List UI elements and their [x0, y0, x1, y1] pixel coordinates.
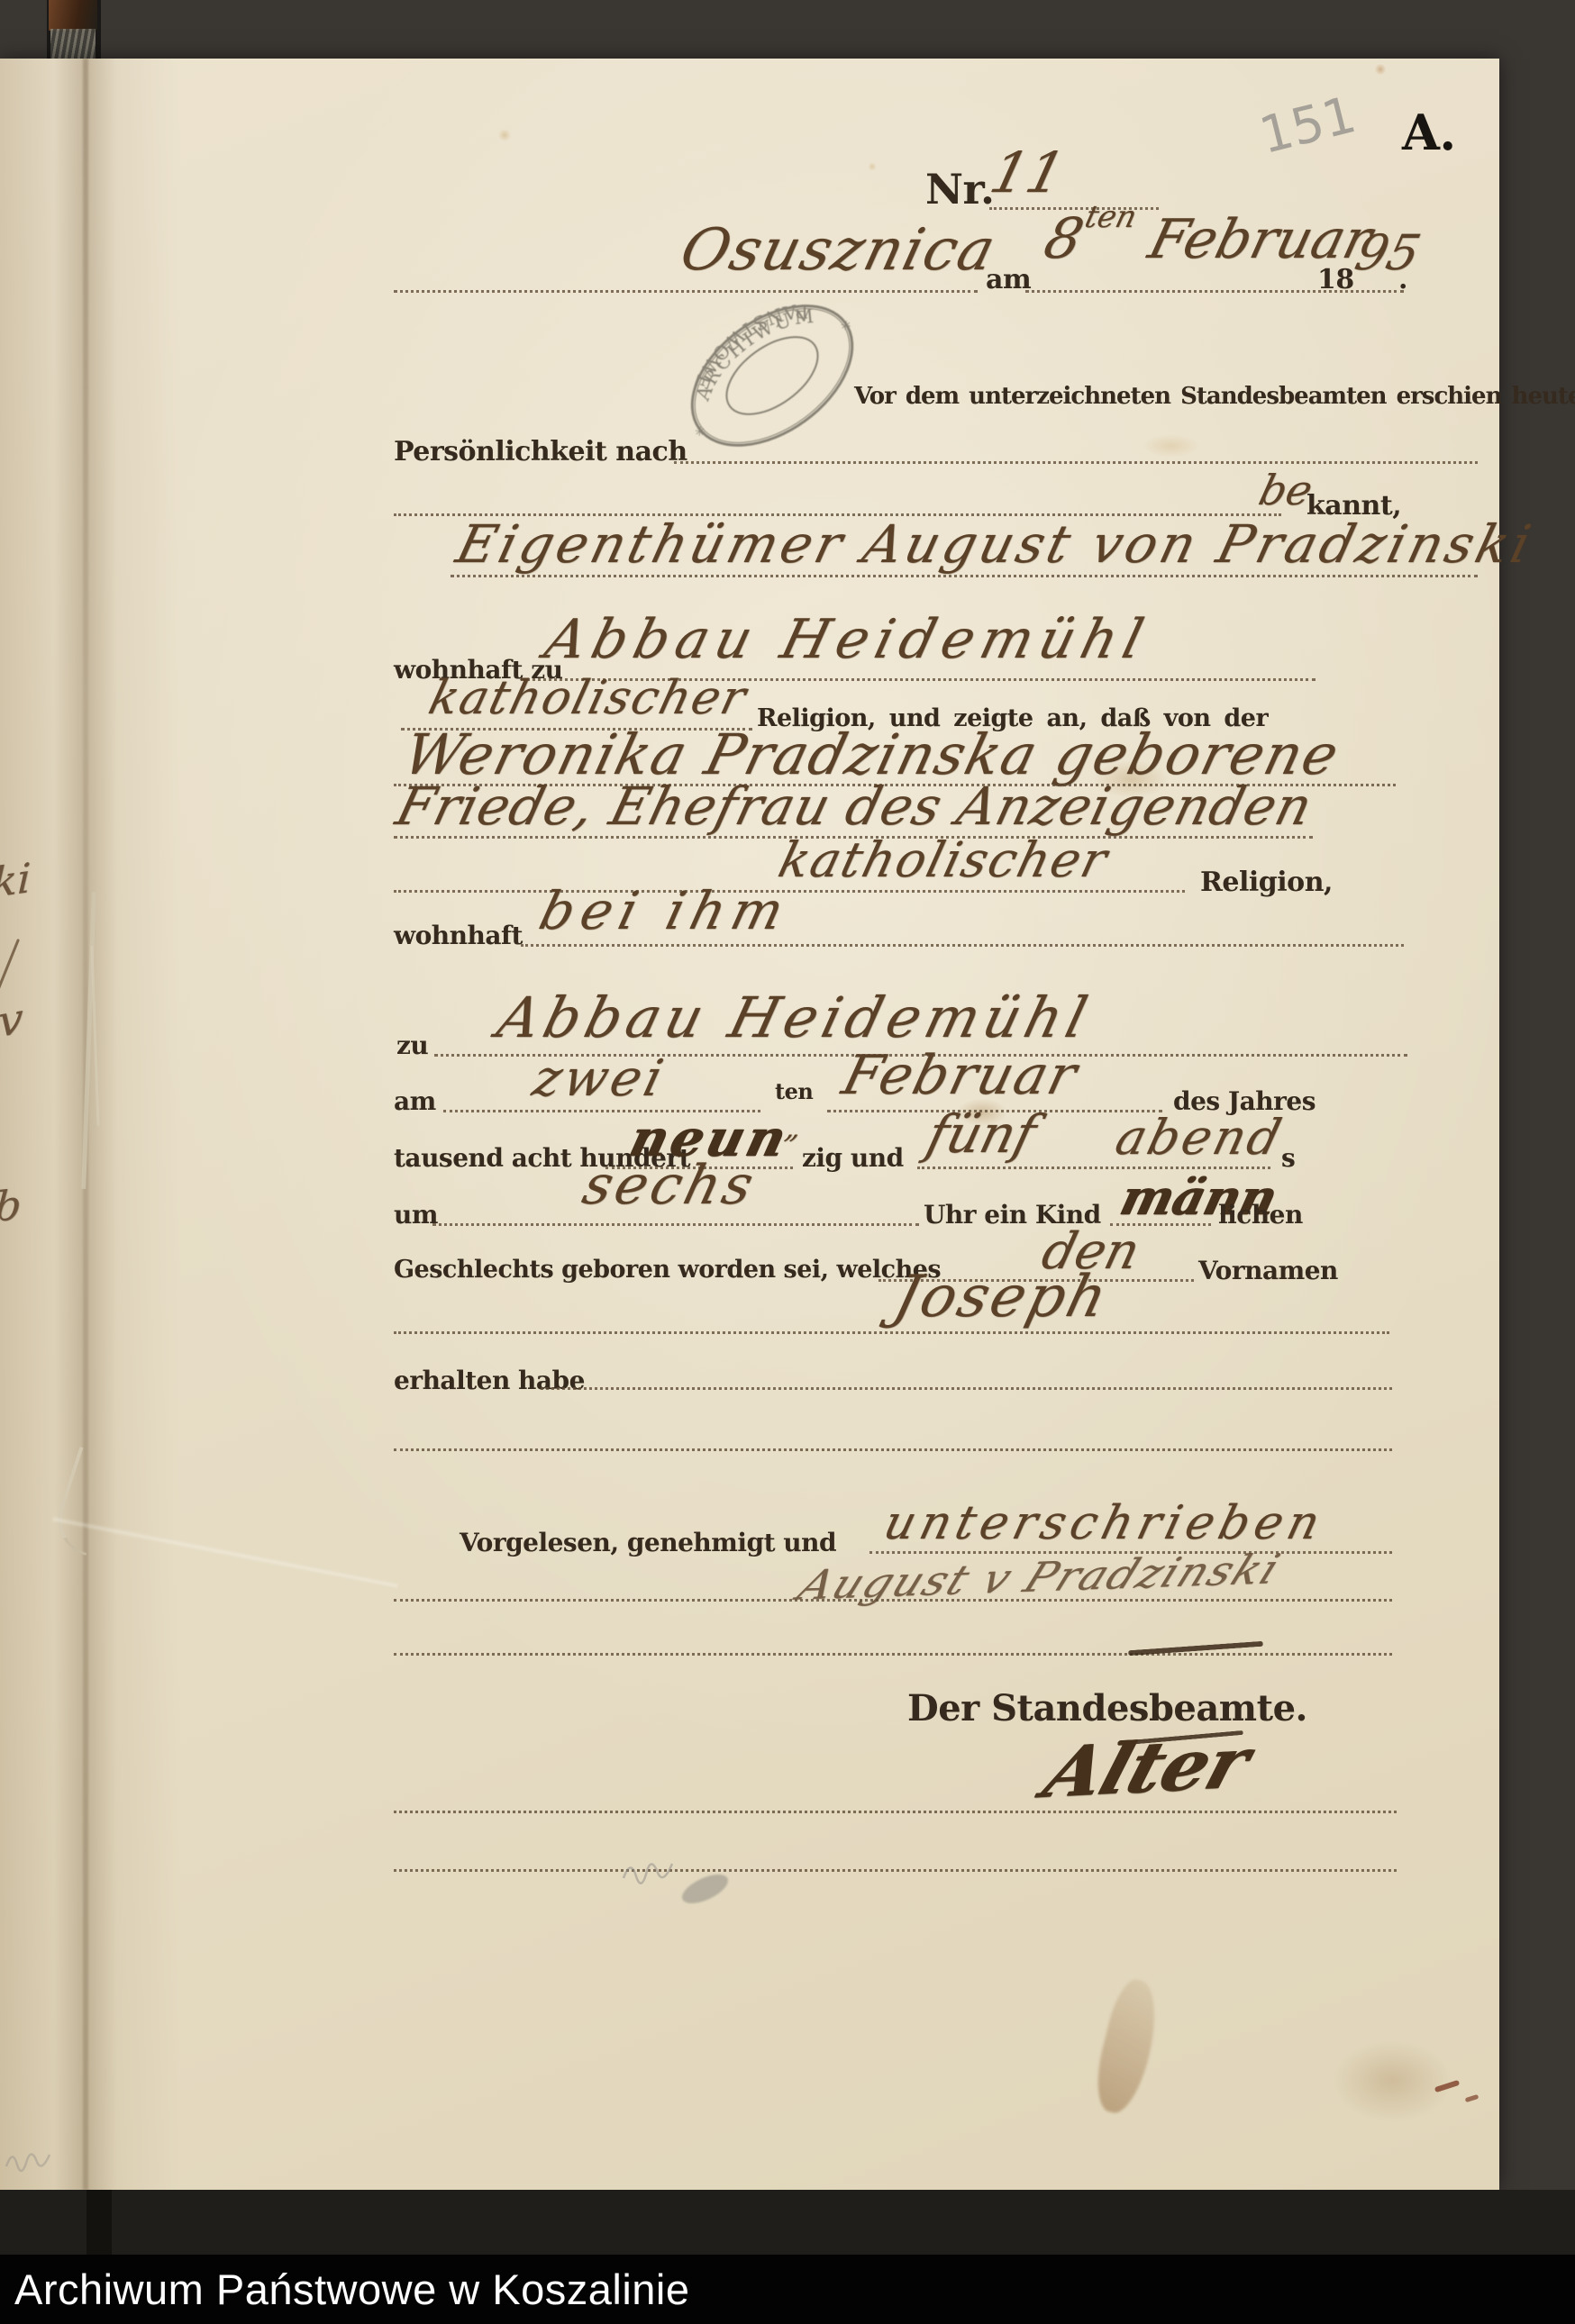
- daytime-written: abend: [1110, 1109, 1289, 1166]
- date-period: .: [1398, 264, 1407, 295]
- written-unterschrieben: unterschrieben: [879, 1496, 1331, 1550]
- mother-religion: katholischer: [773, 831, 1115, 888]
- dotted-rule: [394, 1599, 1392, 1602]
- record-number-value: 11: [984, 140, 1071, 205]
- printed-vorgelesen: Vorgelesen, genehmigt und: [460, 1528, 836, 1557]
- birth-place: Abbau Heidemühl: [491, 985, 1098, 1050]
- scan-backdrop-strip: [0, 2190, 1575, 2255]
- archive-caption-bar: Archiwum Państwowe w Koszalinie: [0, 2255, 1575, 2324]
- printed-intro-line1: Vor dem unterzeichneten Standesbeamten e…: [854, 383, 1575, 410]
- ink-stain: [1088, 1975, 1167, 2118]
- mother-name-line2: Friede, Ehefrau des Anzeigenden: [390, 776, 1319, 837]
- registrar-signature: Alter: [1034, 1722, 1259, 1814]
- child-first-name: Joseph: [888, 1264, 1116, 1330]
- date-month: Februar: [1143, 208, 1378, 271]
- record-number-label: Nr.: [925, 165, 995, 213]
- archive-caption-text: Archiwum Państwowe w Koszalinie: [14, 2265, 690, 2314]
- registry-place: Osusznica: [674, 217, 1003, 284]
- printed-um: um: [394, 1200, 438, 1230]
- declarant-religion: katholischer: [423, 671, 752, 725]
- dotted-rule: [541, 1387, 1392, 1390]
- birth-day: zwei: [527, 1049, 672, 1108]
- binding-thread: [91, 946, 100, 1126]
- printed-geschlechts: Geschlechts geboren worden sei, welches: [394, 1256, 941, 1284]
- spine-binding-fuzz: [49, 0, 97, 31]
- book-spine-bottom: [86, 2190, 112, 2255]
- printed-intro-line2: Persönlichkeit nach: [394, 436, 687, 468]
- scanned-register-photo: { "footer": { "label": "Archiwum Państwo…: [0, 0, 1575, 2324]
- margin-fragment: ki: [0, 854, 32, 907]
- dotted-rule: [451, 575, 1478, 577]
- declarant-name: Eigenthümer August von Pradzinski: [451, 513, 1540, 575]
- printed-s: s: [1281, 1143, 1295, 1173]
- stamp-star-icon: ✳: [691, 422, 708, 440]
- date-day: 8: [1038, 205, 1090, 271]
- dotted-rule: [674, 461, 1478, 464]
- printed-zu: zu: [396, 1030, 428, 1060]
- printed-am2: am: [394, 1086, 436, 1116]
- printed-lichen: lichen: [1218, 1200, 1303, 1230]
- pencil-page-number: 151: [1254, 86, 1361, 166]
- spine-binding-threads: [50, 29, 96, 59]
- dotted-rule: [394, 1331, 1389, 1334]
- printed-zig-und: zig und: [802, 1143, 904, 1173]
- date-year: 95: [1350, 224, 1425, 281]
- printed-vornamen: Vornamen: [1198, 1256, 1338, 1285]
- date-day-suffix: ten: [1081, 199, 1141, 235]
- declarant-residence: Abbau Heidemühl: [539, 608, 1156, 671]
- dotted-rule: [394, 290, 978, 293]
- printed-century: 18: [1317, 264, 1354, 295]
- margin-fragment: b: [0, 1180, 23, 1231]
- book-spine-top: [47, 0, 101, 60]
- rust-mark: [1434, 2080, 1460, 2093]
- birth-hour: sechs: [577, 1154, 763, 1217]
- printed-wohnhaft2: wohnhaft: [394, 921, 523, 950]
- pencil-squiggle: [4, 2141, 58, 2174]
- svg-text:PAŃSTWOWE: PAŃSTWOWE: [676, 281, 819, 401]
- binding-thread-end: [49, 1447, 118, 1556]
- dotted-rule: [394, 1869, 1397, 1872]
- register-page: ki v b 151 A. Nr. 11 Osusznica am 8 ten …: [0, 59, 1499, 2190]
- dotted-rule: [394, 1653, 1392, 1656]
- birth-month: Februar: [836, 1044, 1084, 1107]
- mother-residence: bei ihm: [533, 880, 797, 941]
- margin-fragment: v: [0, 994, 23, 1048]
- paper-wrinkle: [52, 1516, 398, 1589]
- printed-am: am: [986, 264, 1031, 295]
- dotted-rule: [521, 944, 1404, 947]
- stamp-star-icon: ✳: [837, 316, 854, 334]
- ink-smudge: [678, 1869, 733, 1910]
- dotted-rule: [394, 1811, 1397, 1813]
- printed-religion2: Religion,: [1200, 867, 1333, 898]
- printed-ten: ten: [775, 1078, 813, 1104]
- printed-erhalten-habe: erhalten habe: [394, 1366, 585, 1395]
- stamp-text-bottom: PAŃSTWOWE: [676, 281, 819, 401]
- margin-fragment-stroke: [0, 939, 20, 998]
- year-ones-written: fünf: [921, 1103, 1042, 1165]
- form-letter-a: A.: [1402, 104, 1456, 161]
- dotted-rule: [394, 1448, 1392, 1451]
- pencil-squiggle: [620, 1851, 683, 1887]
- rust-mark: [1465, 2094, 1479, 2102]
- dotted-rule: [432, 1223, 919, 1226]
